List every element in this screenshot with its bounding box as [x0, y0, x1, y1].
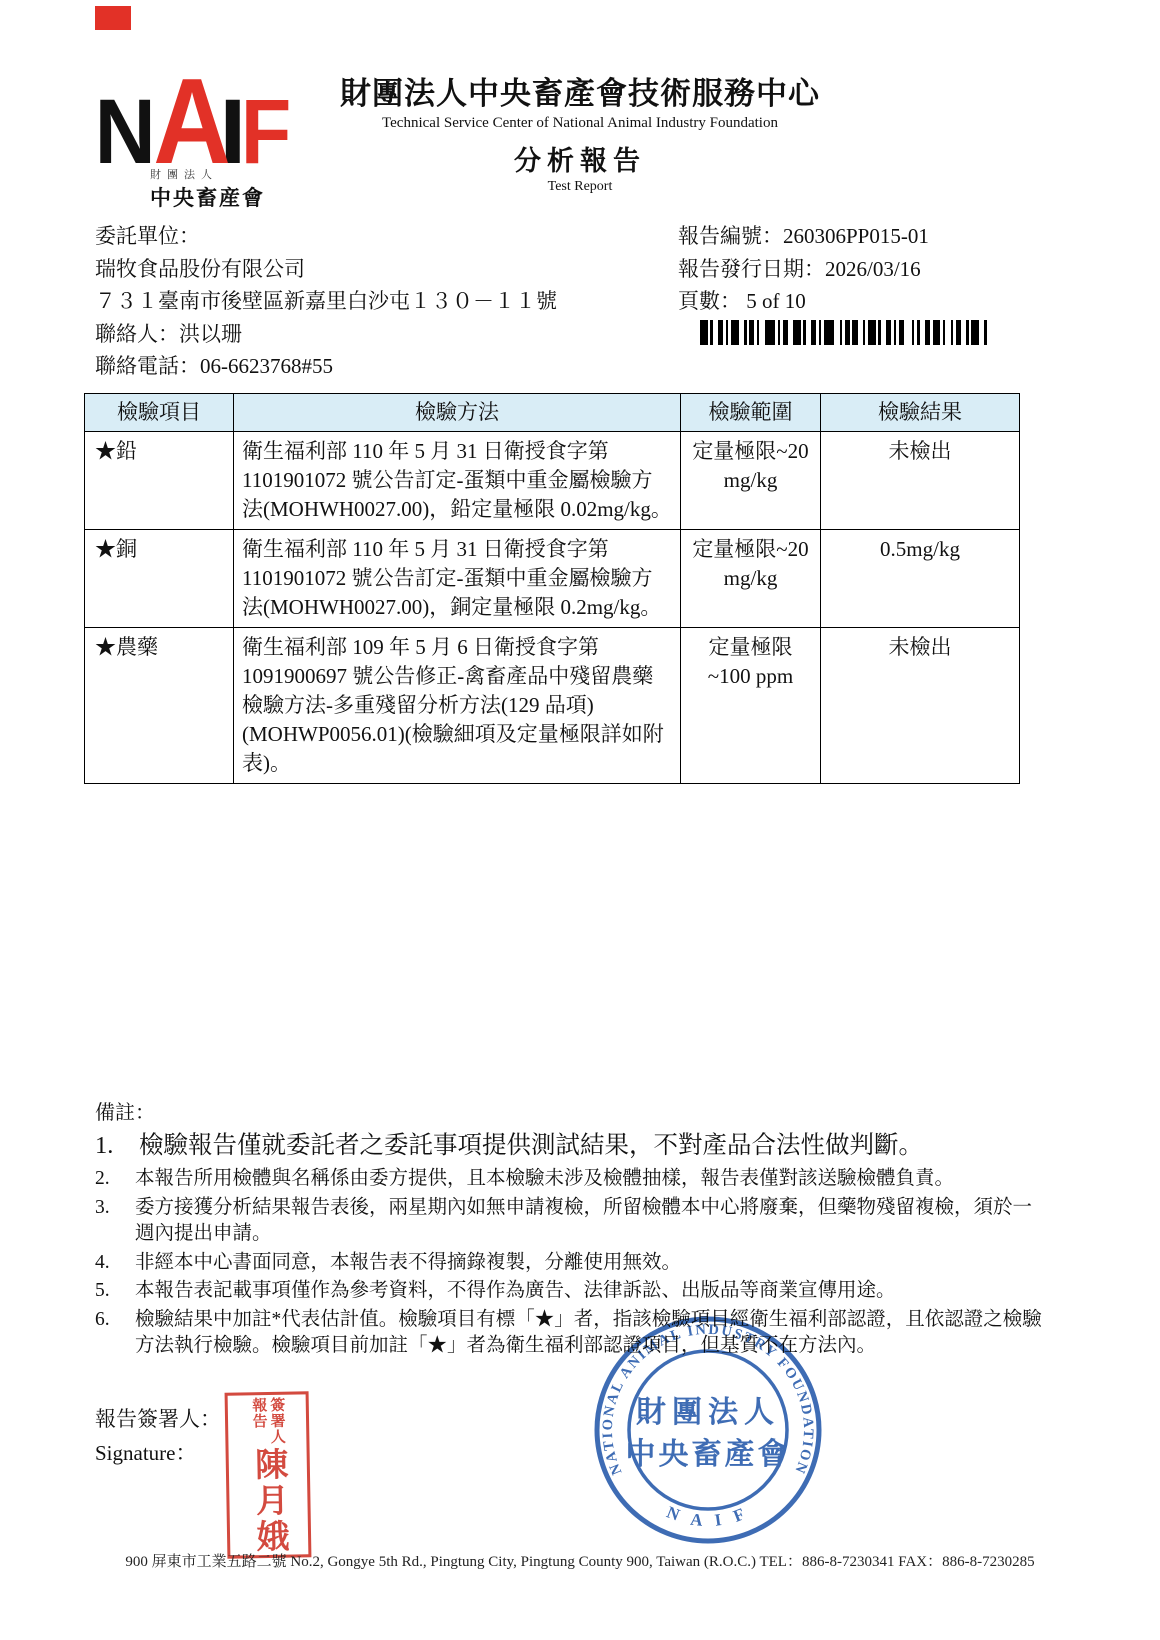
- col-header-result: 檢驗結果: [821, 394, 1020, 432]
- notes-label: 備註：: [95, 1096, 1047, 1125]
- report-info: 報告編號：260306PP015-01 報告發行日期：2026/03/16 頁數…: [678, 220, 929, 318]
- svg-text:N A I F: N A I F: [664, 1502, 752, 1530]
- signer-stamp: 報告 簽署人 陳月娥: [225, 1391, 312, 1558]
- barcode-bar: [731, 320, 739, 345]
- barcode-bar: [765, 320, 775, 345]
- seal-center-line2: 中央畜產會: [626, 1437, 791, 1471]
- org-title-zh: 財團法人中央畜產會技術服務中心: [0, 68, 1160, 113]
- row-range: 定量極限 ~100 ppm: [681, 628, 821, 784]
- results-table: 檢驗項目 檢驗方法 檢驗範圍 檢驗結果 ★鉛 衛生福利部 110 年 5 月 3…: [84, 393, 1020, 784]
- report-title-en: Test Report: [0, 179, 1160, 195]
- document-header: 財團法人中央畜產會技術服務中心 Technical Service Center…: [0, 68, 1160, 195]
- row-method: 衛生福利部 109 年 5 月 6 日衛授食字第 1091900697 號公告修…: [234, 628, 681, 784]
- organization-seal: NATIONAL ANIMAL INDUSTRY FOUNDATION N A …: [548, 1270, 868, 1590]
- table-row: ★農藥 衛生福利部 109 年 5 月 6 日衛授食字第 1091900697 …: [85, 628, 1020, 784]
- client-label: 委託單位：: [95, 220, 557, 253]
- col-header-method: 檢驗方法: [234, 394, 681, 432]
- row-result: 未檢出: [821, 628, 1020, 784]
- client-phone: 聯絡電話：06-6623768#55: [95, 350, 557, 383]
- row-range: 定量極限~20 mg/kg: [681, 530, 821, 628]
- barcode-space: [904, 320, 912, 345]
- barcode-bar: [971, 320, 979, 345]
- note-item: 1. 檢驗報告僅就委託者之委託事項提供測試結果，不對產品合法性做判斷。: [95, 1129, 1047, 1162]
- row-item: ★鉛: [85, 432, 234, 530]
- row-result: 未檢出: [821, 432, 1020, 530]
- table-header-row: 檢驗項目 檢驗方法 檢驗範圍 檢驗結果: [85, 394, 1020, 432]
- report-title-zh: 分析報告: [0, 139, 1160, 178]
- table-row: ★銅 衛生福利部 110 年 5 月 31 日衛授食字第 1101901072 …: [85, 530, 1020, 628]
- row-item: ★農藥: [85, 628, 234, 784]
- row-result: 0.5mg/kg: [821, 530, 1020, 628]
- barcode-space: [987, 320, 990, 345]
- client-contact: 聯絡人：洪以珊: [95, 318, 557, 351]
- report-number: 報告編號：260306PP015-01: [678, 220, 929, 253]
- signer-stamp-name: 陳月娥: [251, 1447, 286, 1556]
- barcode-bar: [868, 320, 876, 345]
- col-header-item: 檢驗項目: [85, 394, 234, 432]
- row-method: 衛生福利部 110 年 5 月 31 日衛授食字第 1101901072 號公告…: [234, 530, 681, 628]
- note-item: 3. 委方接獲分析結果報告表後，兩星期內如無申請複檢，所留檢體本中心將廢棄，但藥…: [95, 1195, 1047, 1248]
- client-address: ７３１臺南市後壁區新嘉里白沙屯１３０－１１號: [95, 285, 557, 318]
- barcode: [700, 320, 990, 345]
- report-page-count: 頁數： 5 of 10: [678, 285, 929, 318]
- signature-block: 報告簽署人： Signature：: [95, 1402, 221, 1470]
- signer-stamp-title: 報告 簽署人: [250, 1397, 284, 1446]
- barcode-bar: [700, 320, 708, 345]
- barcode-bar: [793, 320, 801, 345]
- row-method: 衛生福利部 110 年 5 月 31 日衛授食字第 1101901072 號公告…: [234, 432, 681, 530]
- barcode-bar: [824, 320, 834, 345]
- seal-bottom-text: N A I F: [664, 1502, 752, 1530]
- signer-label-en: Signature：: [95, 1436, 221, 1470]
- row-item: ★銅: [85, 530, 234, 628]
- note-item: 2. 本報告所用檢體與名稱係由委方提供，且本檢驗未涉及檢體抽樣，報告表僅對該送驗…: [95, 1166, 1047, 1193]
- signer-label-zh: 報告簽署人：: [95, 1402, 221, 1436]
- row-range: 定量極限~20 mg/kg: [681, 432, 821, 530]
- org-title-en: Technical Service Center of National Ani…: [0, 115, 1160, 132]
- seal-center-line1: 財團法人: [636, 1396, 780, 1429]
- report-issue-date: 報告發行日期：2026/03/16: [678, 253, 929, 286]
- test-report-page: N I F A 財團法人 中央畜産會 財團法人中央畜產會技術服務中心 Techn…: [0, 0, 1160, 1640]
- footer-address: 900 屏東市工業五路二號 No.2, Gongye 5th Rd., Ping…: [0, 1550, 1160, 1571]
- col-header-range: 檢驗範圍: [681, 394, 821, 432]
- table-row: ★鉛 衛生福利部 110 年 5 月 31 日衛授食字第 1101901072 …: [85, 432, 1020, 530]
- client-info: 委託單位： 瑞牧食品股份有限公司 ７３１臺南市後壁區新嘉里白沙屯１３０－１１號 …: [95, 220, 557, 383]
- barcode-bar: [933, 320, 941, 345]
- corner-mark-icon: [95, 6, 131, 30]
- client-name: 瑞牧食品股份有限公司: [95, 253, 557, 286]
